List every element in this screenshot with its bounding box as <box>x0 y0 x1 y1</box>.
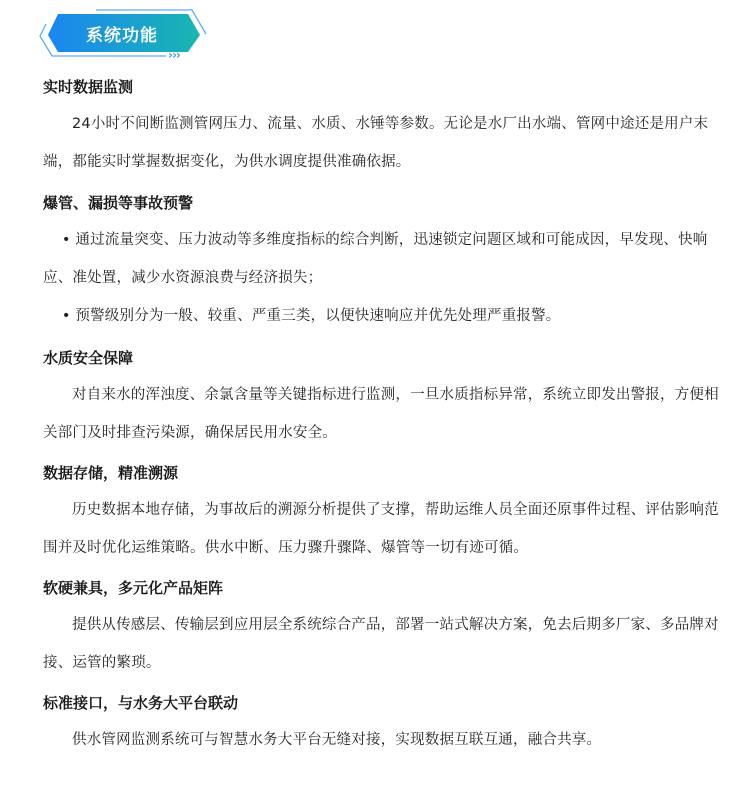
section-heading: 爆管、漏损等事故预警 <box>43 190 723 216</box>
section-platform-integration: 标准接口，与水务大平台联动 供水管网监测系统可与智慧水务大平台无缝对接，实现数据… <box>43 690 723 770</box>
section-incident-warning: 爆管、漏损等事故预警 • 通过流量突变、压力波动等多维度指标的综合判断，迅速锁定… <box>43 190 723 345</box>
section-paragraph: 历史数据本地存储，为事故后的溯源分析提供了支撑，帮助运维人员全面还原事件过程、评… <box>43 491 723 567</box>
chevrons-right-icon: ››› <box>168 49 180 61</box>
section-heading: 数据存储，精准溯源 <box>43 460 723 486</box>
banner-title: 系统功能 <box>36 16 208 56</box>
section-heading: 水质安全保障 <box>43 345 723 371</box>
section-data-storage: 数据存储，精准溯源 历史数据本地存储，为事故后的溯源分析提供了支撑，帮助运维人员… <box>43 460 723 575</box>
section-paragraph: 对自来水的浑浊度、余氯含量等关键指标进行监测，一旦水质指标异常，系统立即发出警报… <box>43 376 723 452</box>
section-heading: 标准接口，与水务大平台联动 <box>43 690 723 716</box>
section-water-quality: 水质安全保障 对自来水的浑浊度、余氯含量等关键指标进行监测，一旦水质指标异常，系… <box>43 345 723 460</box>
section-product-matrix: 软硬兼具，多元化产品矩阵 提供从传感层、传输层到应用层全系统综合产品，部署一站式… <box>43 575 723 690</box>
section-banner: 系统功能 ››› <box>36 6 216 66</box>
section-realtime-monitoring: 实时数据监测 24小时不间断监测管网压力、流量、水质、水锤等参数。无论是水厂出水… <box>43 74 723 190</box>
section-paragraph: 提供从传感层、传输层到应用层全系统综合产品，部署一站式解决方案，免去后期多厂家、… <box>43 606 723 682</box>
bullet-item: • 通过流量突变、压力波动等多维度指标的综合判断，迅速锁定问题区域和可能成因，早… <box>43 221 723 297</box>
section-paragraph: 24小时不间断监测管网压力、流量、水质、水锤等参数。无论是水厂出水端、管网中途还… <box>43 105 723 181</box>
feature-list: 实时数据监测 24小时不间断监测管网压力、流量、水质、水锤等参数。无论是水厂出水… <box>43 74 723 770</box>
section-paragraph: 供水管网监测系统可与智慧水务大平台无缝对接，实现数据互联互通，融合共享。 <box>43 721 723 759</box>
section-heading: 实时数据监测 <box>43 74 723 100</box>
bullet-item: • 预警级别分为一般、较重、严重三类，以便快速响应并优先处理严重报警。 <box>43 297 723 335</box>
section-heading: 软硬兼具，多元化产品矩阵 <box>43 575 723 601</box>
